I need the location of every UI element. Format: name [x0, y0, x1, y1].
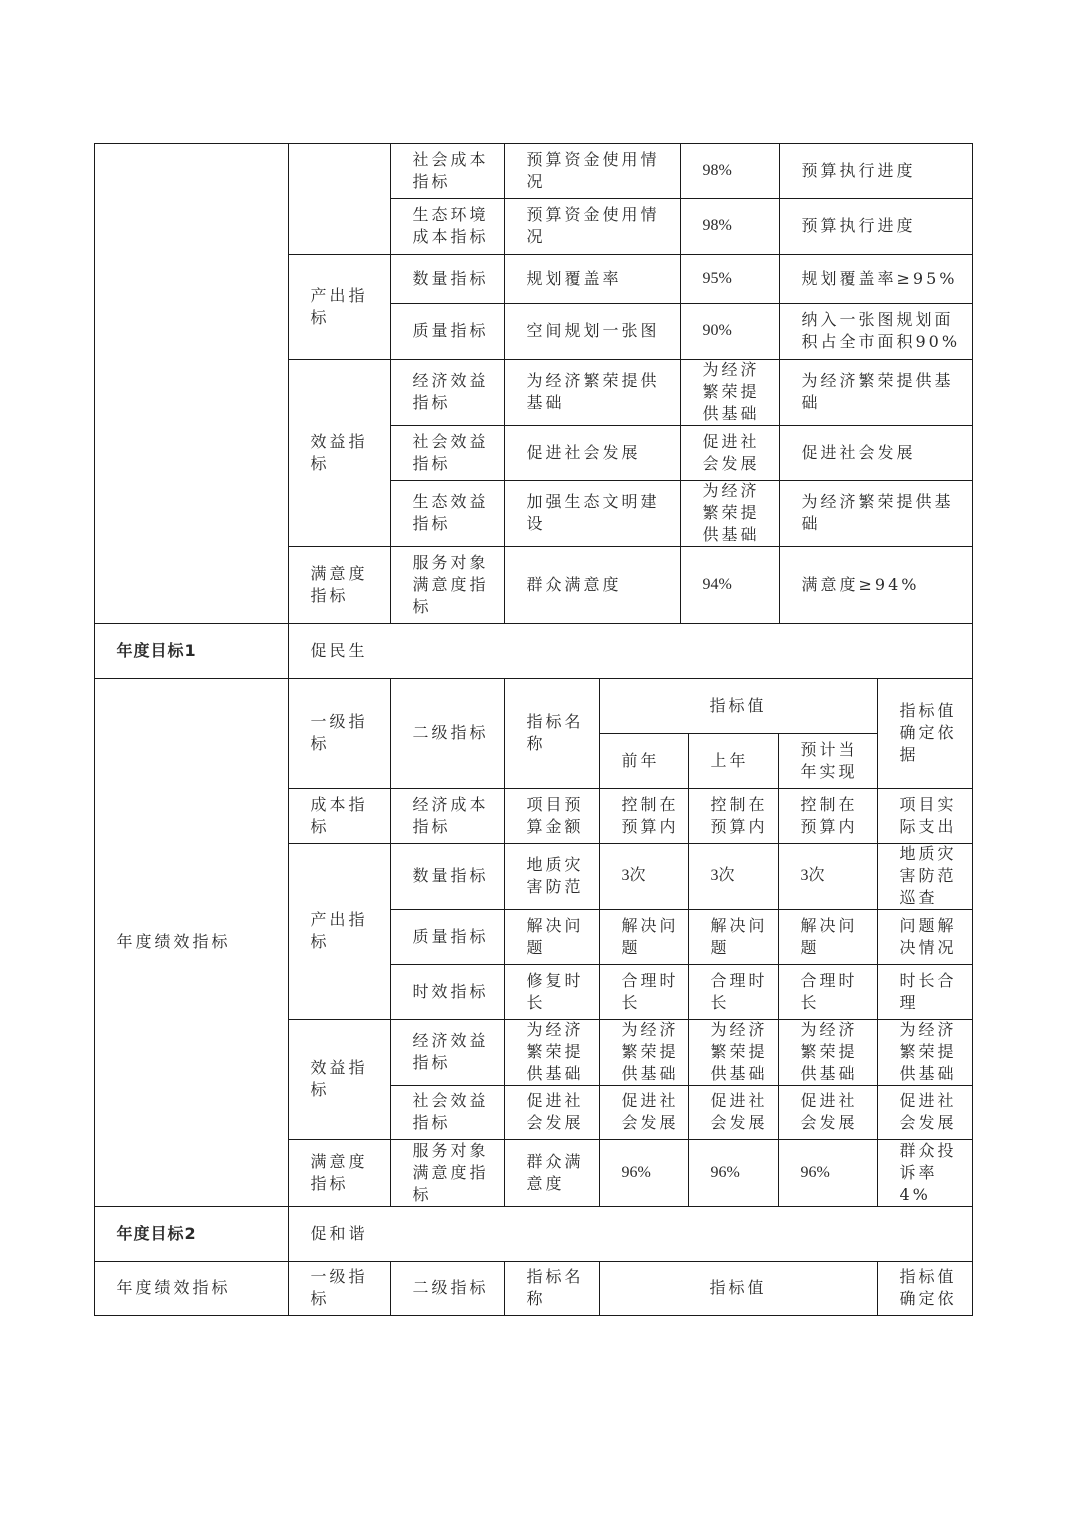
indicator-name-cell: 预算资金使用情 况 [504, 198, 681, 255]
expected-cell: 解决问 题 [778, 909, 878, 965]
indicator-basis-cell: 满意度≥94% [779, 546, 973, 624]
indicator-name-cell: 修复时 长 [504, 964, 600, 1020]
indicator-name-cell: 促进社 会发展 [504, 1085, 600, 1140]
last-year-cell: 3次 [688, 843, 779, 910]
prev-year-cell: 解决问 题 [599, 909, 689, 965]
indicator-name-cell: 群众满 意度 [504, 1139, 600, 1207]
indicator-value-cell: 98% [680, 143, 780, 199]
indicator-name-cell: 加强生态文明建 设 [504, 480, 681, 547]
level1-satisfaction-cell: 满意度 指标 [288, 1139, 391, 1207]
level2-cell: 质量指标 [390, 909, 505, 965]
basis-cell: 项目实 际支出 [877, 788, 973, 844]
basis-cell: 时长合 理 [877, 964, 973, 1020]
last-year-cell: 合理时 长 [688, 964, 779, 1020]
header-value-group: 指标值 [599, 1261, 878, 1316]
indicator-name-cell: 解决问 题 [504, 909, 600, 965]
indicator-basis-cell: 促进社会发展 [779, 425, 973, 481]
level2-cell: 服务对象 满意度指 标 [390, 546, 505, 624]
header-level1: 一级指 标 [288, 678, 391, 789]
level2-cell: 社会效益 指标 [390, 1085, 505, 1140]
indicator-value-cell: 95% [680, 254, 780, 304]
last-year-cell: 96% [688, 1139, 779, 1207]
indicator-basis-cell: 纳入一张图规划面 积占全市面积90% [779, 303, 973, 360]
level1-output-cell: 产出指 标 [288, 254, 391, 360]
indicator-name-cell: 为经济繁荣提供 基础 [504, 359, 681, 426]
goal2-label: 年度目标2 [94, 1206, 289, 1262]
indicator-name-cell: 促进社会发展 [504, 425, 681, 481]
basis-cell: 群众投 诉率4% [877, 1139, 973, 1207]
perf2-label: 年度绩效指标 [94, 1261, 289, 1316]
goal2-value: 促和谐 [288, 1206, 973, 1262]
prev-year-cell: 合理时 长 [599, 964, 689, 1020]
indicator-basis-cell: 为经济繁荣提供基 础 [779, 359, 973, 426]
level1-cost-cell: 成本指 标 [288, 788, 391, 844]
level2-cell: 社会成本 指标 [390, 143, 505, 199]
level1-cost-cell [288, 143, 391, 255]
level2-cell: 生态环境 成本指标 [390, 198, 505, 255]
level2-cell: 数量指标 [390, 254, 505, 304]
prev-year-cell: 96% [599, 1139, 689, 1207]
header-name: 指标名 称 [504, 1261, 600, 1316]
basis-cell: 问题解 决情况 [877, 909, 973, 965]
basis-cell: 促进社 会发展 [877, 1085, 973, 1140]
level2-cell: 数量指标 [390, 843, 505, 910]
goal1-label: 年度目标1 [94, 623, 289, 679]
expected-cell: 3次 [778, 843, 878, 910]
header-last-year: 上年 [688, 733, 779, 789]
prev-year-cell: 3次 [599, 843, 689, 910]
header-value-group: 指标值 [599, 678, 878, 734]
indicator-value-cell: 促进社 会发展 [680, 425, 780, 481]
header-level1: 一级指 标 [288, 1261, 391, 1316]
level2-cell: 生态效益 指标 [390, 480, 505, 547]
header-basis: 指标值 确定依 [877, 1261, 973, 1316]
last-year-cell: 解决问 题 [688, 909, 779, 965]
level2-cell: 经济效益 指标 [390, 1019, 505, 1086]
header-level2: 二级指标 [390, 1261, 505, 1316]
level1-benefit-cell: 效益指 标 [288, 359, 391, 547]
last-year-cell: 控制在 预算内 [688, 788, 779, 844]
expected-cell: 促进社 会发展 [778, 1085, 878, 1140]
level1-satisfaction-cell: 满意度 指标 [288, 546, 391, 624]
perf1-label: 年度绩效指标 [94, 678, 289, 1207]
header-basis: 指标值 确定依 据 [877, 678, 973, 789]
level2-cell: 时效指标 [390, 964, 505, 1020]
header-level2: 二级指标 [390, 678, 505, 789]
indicator-basis-cell: 预算执行进度 [779, 143, 973, 199]
indicator-value-cell: 98% [680, 198, 780, 255]
expected-cell: 96% [778, 1139, 878, 1207]
prev-year-cell: 控制在 预算内 [599, 788, 689, 844]
level2-cell: 质量指标 [390, 303, 505, 360]
expected-cell: 合理时 长 [778, 964, 878, 1020]
header-name: 指标名 称 [504, 678, 600, 789]
last-year-cell: 为经济 繁荣提 供基础 [688, 1019, 779, 1086]
indicator-name-cell: 规划覆盖率 [504, 254, 681, 304]
indicator-name-cell: 空间规划一张图 [504, 303, 681, 360]
level1-benefit-cell: 效益指 标 [288, 1019, 391, 1140]
indicator-name-cell: 项目预 算金额 [504, 788, 600, 844]
indicator-value-cell: 为经济 繁荣提 供基础 [680, 359, 780, 426]
expected-cell: 为经济 繁荣提 供基础 [778, 1019, 878, 1086]
indicator-value-cell: 94% [680, 546, 780, 624]
basis-cell: 地质灾 害防范 巡查 [877, 843, 973, 910]
empty-label-cell [94, 143, 289, 624]
indicator-name-cell: 为经济 繁荣提 供基础 [504, 1019, 600, 1086]
goal1-value: 促民生 [288, 623, 973, 679]
indicator-value-cell: 90% [680, 303, 780, 360]
level2-cell: 社会效益 指标 [390, 425, 505, 481]
indicator-basis-cell: 为经济繁荣提供基 础 [779, 480, 973, 547]
indicator-basis-cell: 规划覆盖率≥95% [779, 254, 973, 304]
indicator-name-cell: 预算资金使用情 况 [504, 143, 681, 199]
prev-year-cell: 促进社 会发展 [599, 1085, 689, 1140]
header-expected: 预计当 年实现 [778, 733, 878, 789]
prev-year-cell: 为经济 繁荣提 供基础 [599, 1019, 689, 1086]
indicator-basis-cell: 预算执行进度 [779, 198, 973, 255]
level1-output-cell: 产出指 标 [288, 843, 391, 1020]
level2-cell: 服务对象 满意度指 标 [390, 1139, 505, 1207]
last-year-cell: 促进社 会发展 [688, 1085, 779, 1140]
level2-cell: 经济成本 指标 [390, 788, 505, 844]
basis-cell: 为经济 繁荣提 供基础 [877, 1019, 973, 1086]
indicator-name-cell: 地质灾 害防范 [504, 843, 600, 910]
expected-cell: 控制在 预算内 [778, 788, 878, 844]
indicator-name-cell: 群众满意度 [504, 546, 681, 624]
level2-cell: 经济效益 指标 [390, 359, 505, 426]
indicator-value-cell: 为经济 繁荣提 供基础 [680, 480, 780, 547]
header-prev-year: 前年 [599, 733, 689, 789]
